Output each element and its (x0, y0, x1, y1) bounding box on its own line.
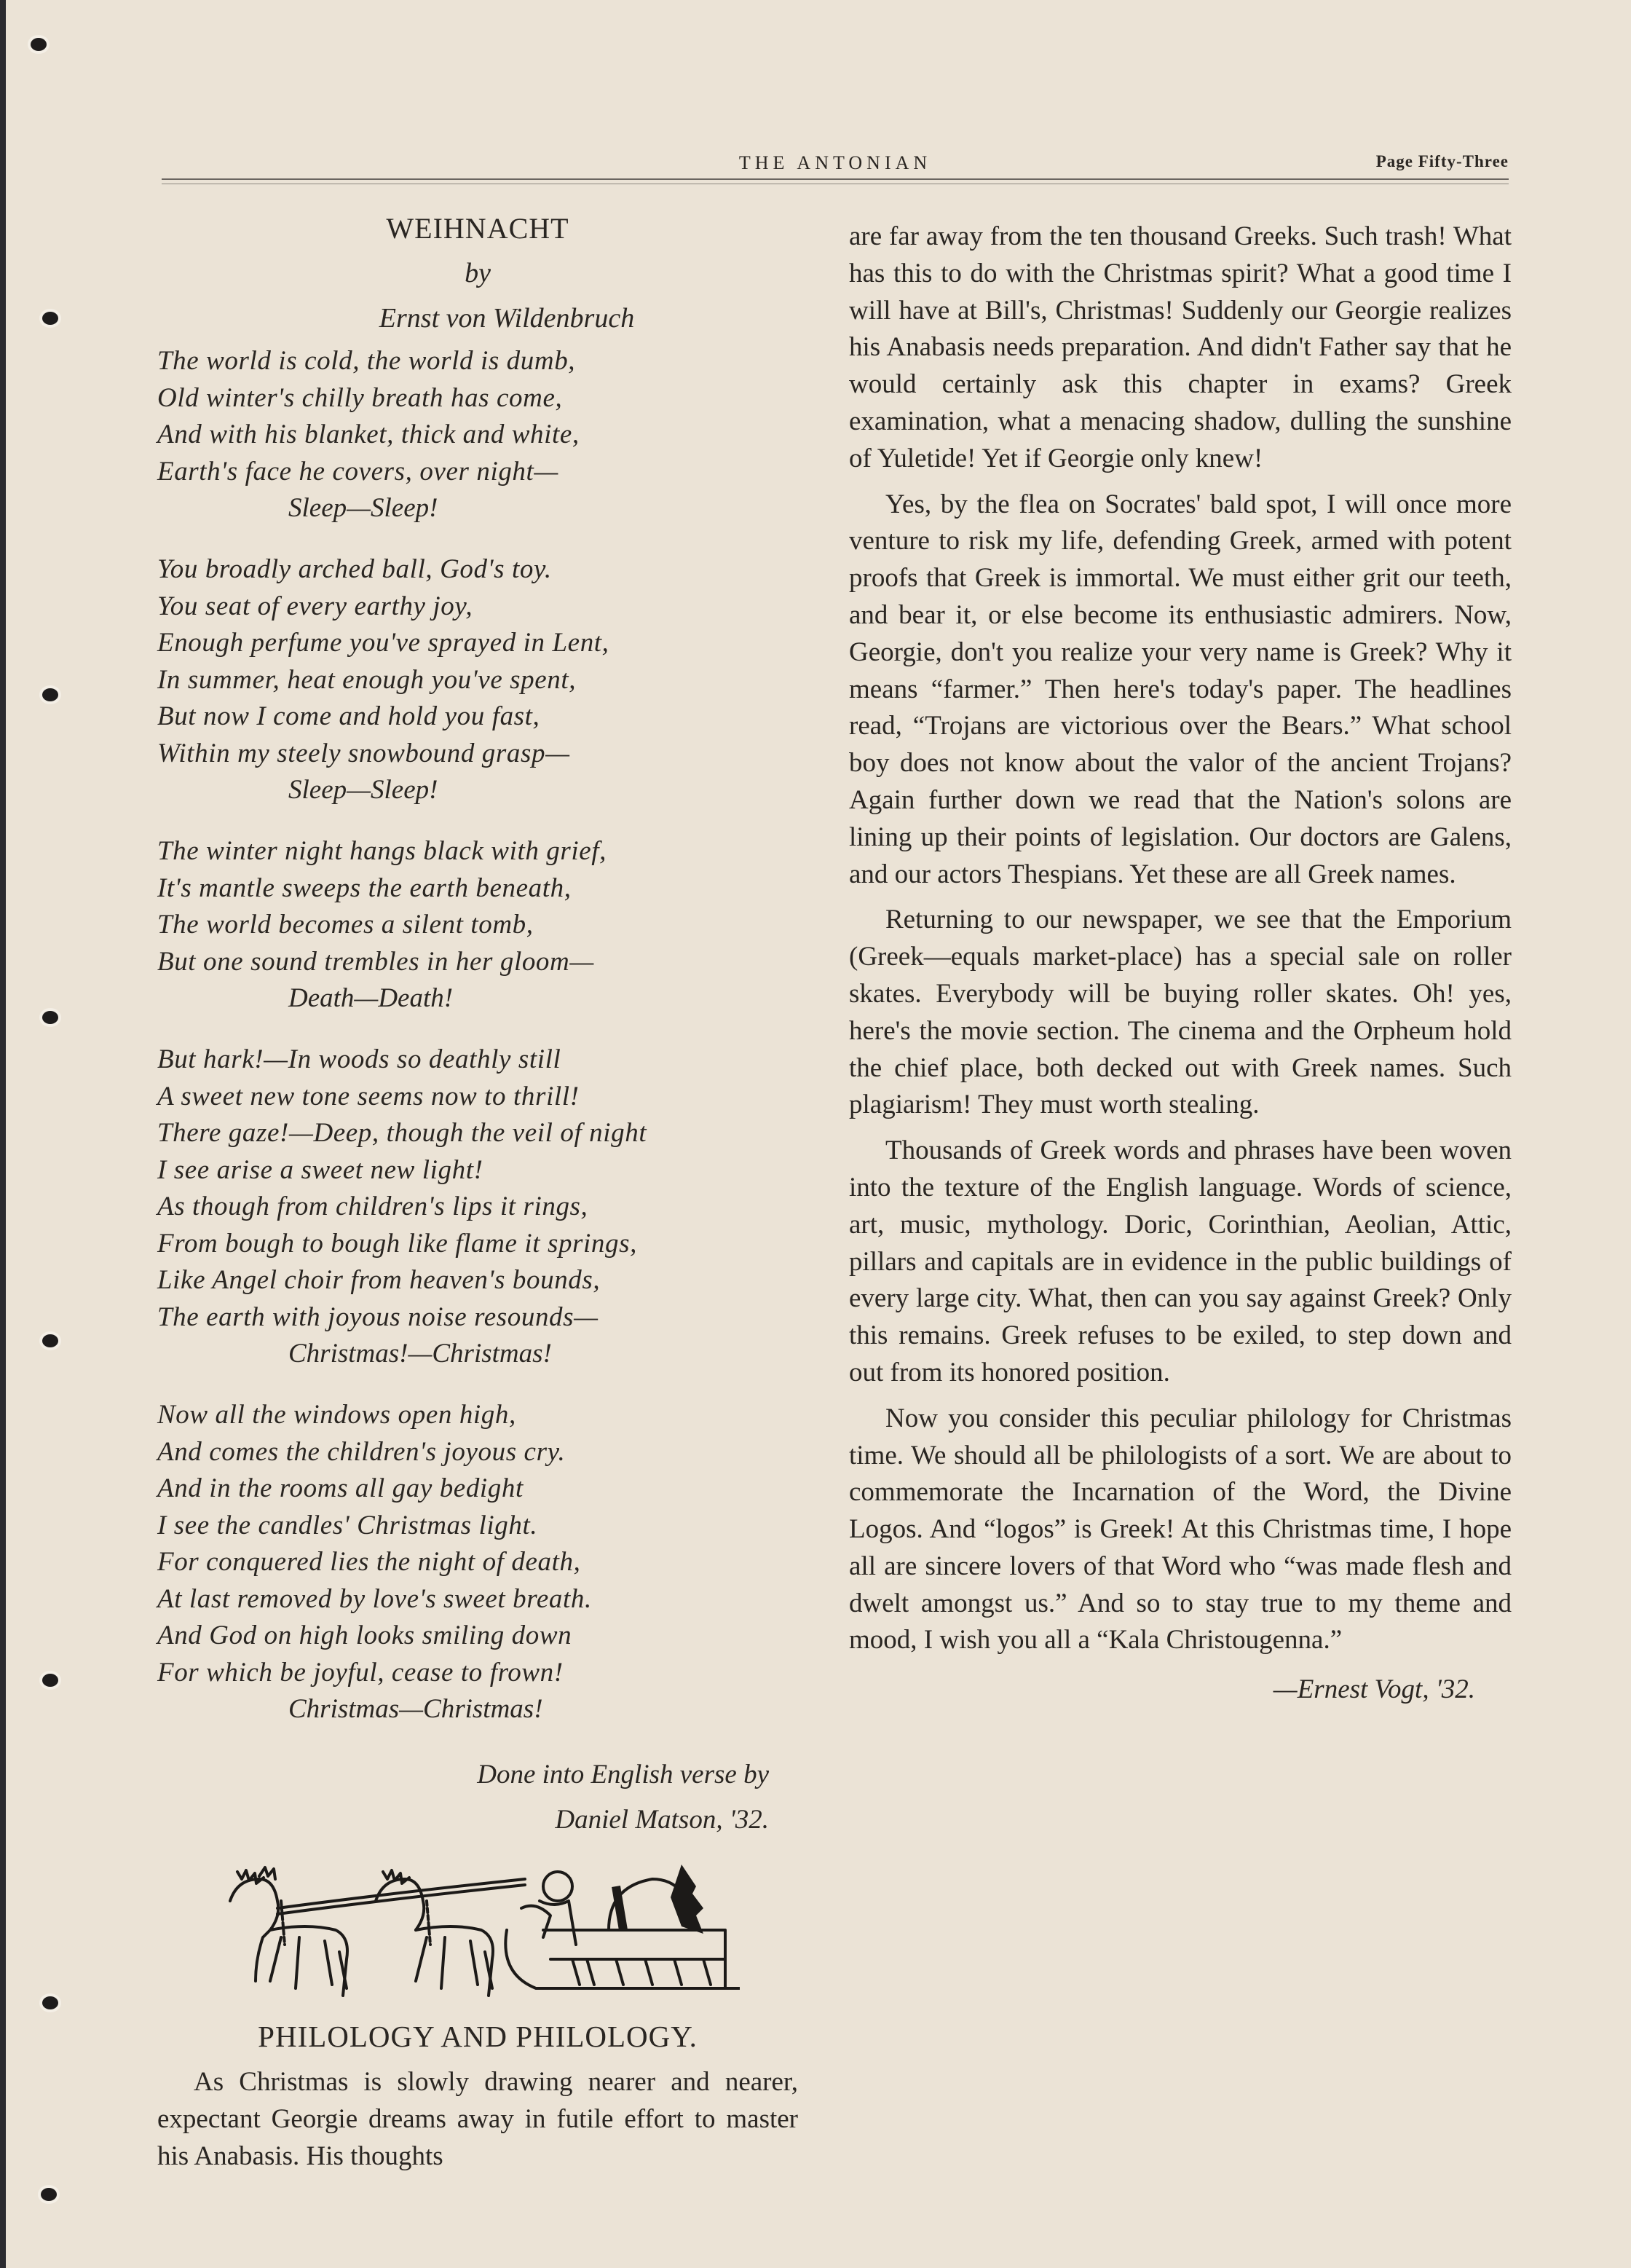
article-paragraph: Thousands of Greek words and phrases hav… (849, 1133, 1512, 1392)
article-paragraph: Now you consider this peculiar philology… (849, 1401, 1512, 1660)
poem-line: For conquered lies the night of death, (157, 1544, 798, 1581)
poem-line: The world is cold, the world is dumb, (157, 343, 798, 380)
poem-stanza: The winter night hangs black with grief,… (157, 833, 798, 1017)
poem-line: A sweet new tone seems now to thrill! (157, 1079, 798, 1116)
poem-line: And God on high looks smiling down (157, 1618, 798, 1655)
poem-line: I see arise a sweet new light! (157, 1152, 798, 1189)
poem-title: WEIHNACHT (157, 211, 798, 245)
poem-line: For which be joyful, cease to frown! (157, 1655, 798, 1692)
poem-line: Old winter's chilly breath has come, (157, 380, 798, 417)
translation-credit: Done into English verse by (157, 1752, 798, 1798)
poem-line: I see the candles' Christmas light. (157, 1508, 798, 1545)
punch-hole (42, 1996, 58, 2009)
publication-name: THE ANTONIAN (162, 152, 1509, 174)
poem-line: And with his blanket, thick and white, (157, 417, 798, 454)
punch-hole (42, 1674, 58, 1687)
poem-refrain: Christmas—Christmas! (157, 1691, 798, 1728)
punch-hole (31, 38, 47, 51)
punch-hole (42, 1334, 58, 1347)
article-paragraph: Returning to our newspaper, we see that … (849, 902, 1512, 1124)
article-signoff: —Ernest Vogt, '32. (849, 1674, 1512, 1705)
article-opening-paragraph: As Christmas is slowly drawing nearer an… (157, 2064, 798, 2175)
poem-line: Like Angel choir from heaven's bounds, (157, 1262, 798, 1299)
poem-stanza: The world is cold, the world is dumb,Old… (157, 343, 798, 527)
poem-line: The earth with joyous noise resounds— (157, 1299, 798, 1336)
poem-line: You seat of every earthy joy, (157, 588, 798, 626)
poem-line: But now I come and hold you fast, (157, 698, 798, 736)
poem-line: From bough to bough like flame it spring… (157, 1226, 798, 1263)
left-column: WEIHNACHT by Ernst von Wildenbruch The w… (157, 211, 798, 2184)
binding-edge (0, 0, 6, 2268)
article-paragraph: are far away from the ten thousand Greek… (849, 218, 1512, 478)
poem-line: And comes the children's joyous cry. (157, 1434, 798, 1471)
poem-stanza: You broadly arched ball, God's toy.You s… (157, 551, 798, 808)
article-title: PHILOLOGY AND PHILOLOGY. (157, 2019, 798, 2054)
punch-hole (41, 2188, 57, 2201)
poem-author: Ernst von Wildenbruch (216, 302, 798, 334)
poem-refrain: Sleep—Sleep! (157, 490, 798, 527)
poem-line: Enough perfume you've sprayed in Lent, (157, 625, 798, 662)
poem-line: The world becomes a silent tomb, (157, 907, 798, 944)
poem-line: You broadly arched ball, God's toy. (157, 551, 798, 588)
translator-name: Daniel Matson, '32. (157, 1798, 798, 1843)
santa-sleigh-reindeer-illustration (208, 1857, 740, 2003)
poem-line: But one sound trembles in her gloom— (157, 944, 798, 981)
article-paragraph: Yes, by the flea on Socrates' bald spot,… (849, 487, 1512, 894)
right-column: are far away from the ten thousand Greek… (849, 218, 1512, 1705)
poem-line: Within my steely snowbound grasp— (157, 736, 798, 773)
punch-hole (42, 1011, 58, 1024)
poem-refrain: Christmas!—Christmas! (157, 1336, 798, 1372)
poem-by: by (157, 257, 798, 289)
poem-line: As though from children's lips it rings, (157, 1189, 798, 1226)
poem-body: The world is cold, the world is dumb,Old… (157, 343, 798, 1728)
poem-line: Earth's face he covers, over night— (157, 454, 798, 491)
poem-refrain: Sleep—Sleep! (157, 772, 798, 808)
running-header: THE ANTONIAN Page Fifty-Three (162, 149, 1509, 178)
poem-line: The winter night hangs black with grief, (157, 833, 798, 870)
header-rule (162, 178, 1509, 184)
poem-stanza: Now all the windows open high,And comes … (157, 1397, 798, 1728)
poem-line: There gaze!—Deep, though the veil of nig… (157, 1115, 798, 1152)
poem-line: In summer, heat enough you've spent, (157, 662, 798, 699)
article-body: are far away from the ten thousand Greek… (849, 218, 1512, 1659)
poem-line: And in the rooms all gay bedight (157, 1470, 798, 1508)
poem-line: But hark!—In woods so deathly still (157, 1042, 798, 1079)
page-number: Page Fifty-Three (1376, 152, 1509, 171)
poem-line: It's mantle sweeps the earth beneath, (157, 870, 798, 907)
punch-hole (42, 688, 58, 701)
punch-hole (42, 312, 58, 325)
poem-stanza: But hark!—In woods so deathly stillA swe… (157, 1042, 798, 1372)
poem-line: At last removed by love's sweet breath. (157, 1581, 798, 1618)
poem-line: Now all the windows open high, (157, 1397, 798, 1434)
poem-refrain: Death—Death! (157, 980, 798, 1017)
